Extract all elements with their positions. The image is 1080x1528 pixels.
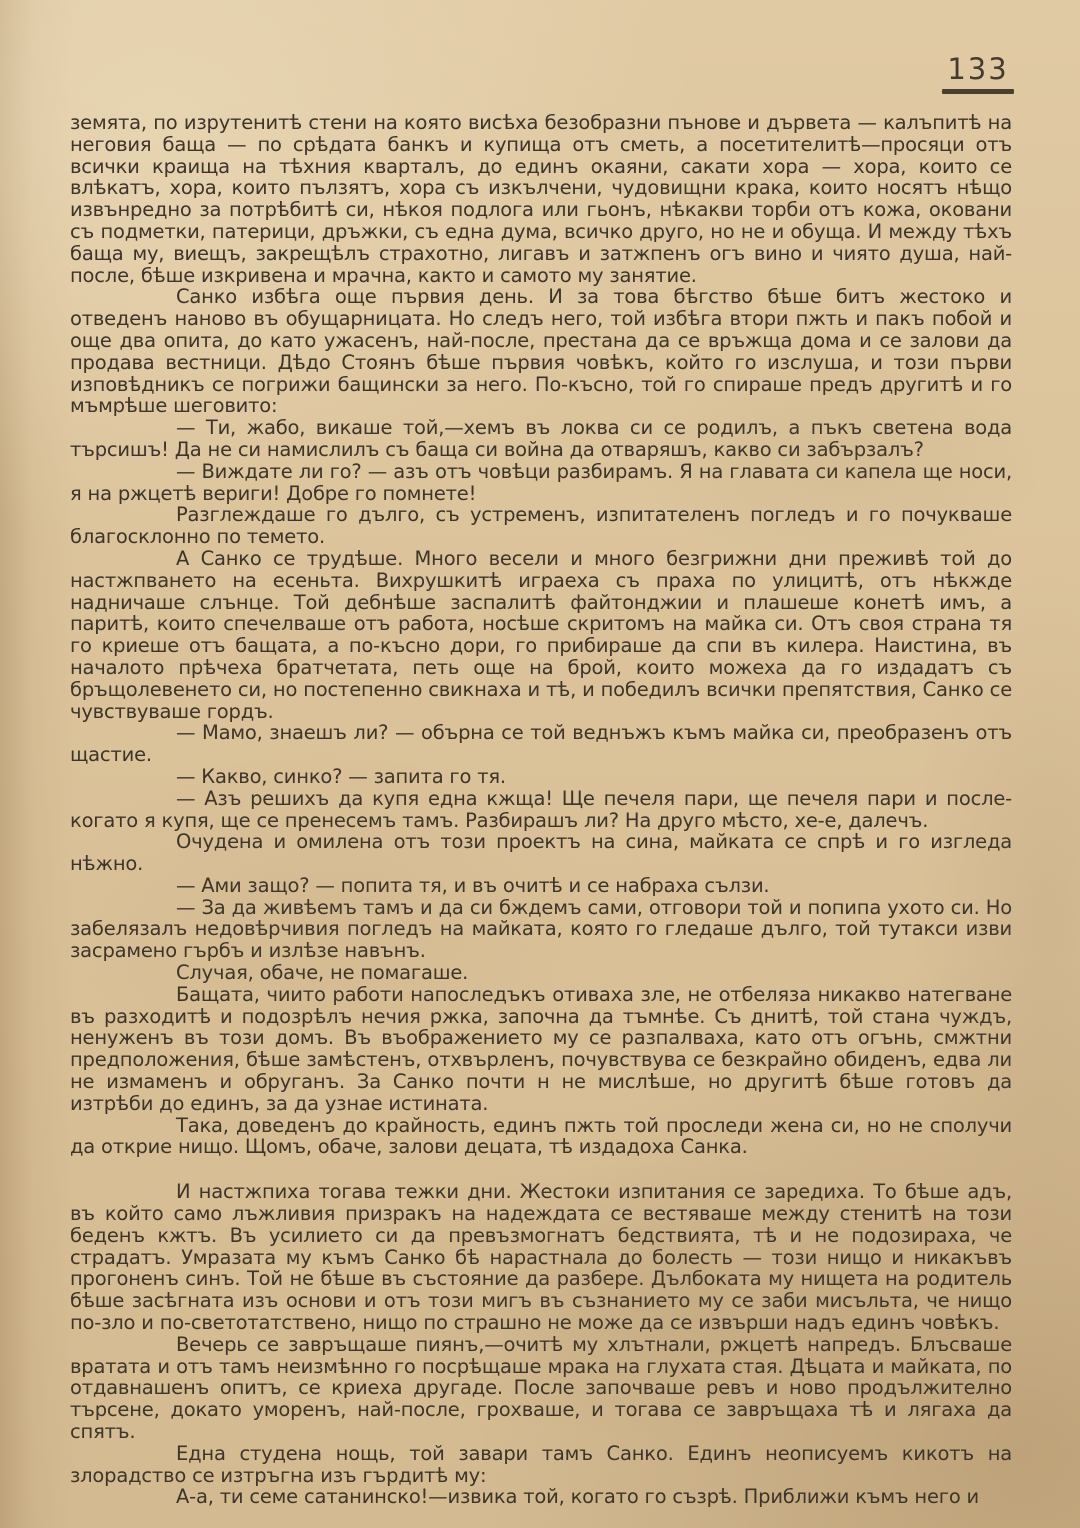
paragraph: Разглеждаше го дълго, съ устременъ, изпи… [70, 504, 1012, 548]
paragraph: Вечерь се завръщаше пиянъ,—очитѣ му хлът… [70, 1334, 1012, 1443]
paragraph: А-а, ти семе сатанинско!—извика той, ког… [70, 1486, 1012, 1508]
page-number: 133 [938, 52, 1018, 86]
paragraph: Случая, обаче, не помагаше. [70, 962, 1012, 984]
paragraph: земята, по изрутенитѣ стени на която вис… [70, 112, 1012, 286]
paragraph: — Виждате ли го? — азъ отъ човѣци разбир… [70, 461, 1012, 505]
paragraph: Очудена и омилена отъ този проектъ на си… [70, 831, 1012, 875]
paragraph: — Ами защо? — попита тя, и въ очитѣ и се… [70, 875, 1012, 897]
paragraph: — Какво, синко? — запита го тя. [70, 766, 1012, 788]
page-number-rule [942, 89, 1014, 94]
paragraph: И настжпиха тогава тежки дни. Жестоки из… [70, 1181, 1012, 1334]
paragraph: — Ти, жабо, викаше той,—хемъ въ локва си… [70, 417, 1012, 461]
paragraph: — Мамо, знаешъ ли? — обърна се той веднъ… [70, 722, 1012, 766]
paragraph: Бащата, чиито работи напоследъкъ отиваха… [70, 984, 1012, 1115]
paragraph: Така, доведенъ до крайность, единъ пжть … [70, 1115, 1012, 1159]
paragraph: — Азъ решихъ да купя една кжща! Ще печел… [70, 788, 1012, 832]
page-number-block: 133 [938, 52, 1018, 94]
paragraph: — За да живѣемъ тамъ и да си бждемъ сами… [70, 897, 1012, 962]
paragraph: А Санко се трудѣше. Много весели и много… [70, 548, 1012, 722]
paragraph: Една студена нощь, той завари тамъ Санко… [70, 1443, 1012, 1487]
body-text: земята, по изрутенитѣ стени на която вис… [70, 112, 1012, 1508]
paragraph: Санко избѣга още първия день. И за това … [70, 286, 1012, 417]
book-page-scan: 133 земята, по изрутенитѣ стени на която… [0, 0, 1080, 1528]
